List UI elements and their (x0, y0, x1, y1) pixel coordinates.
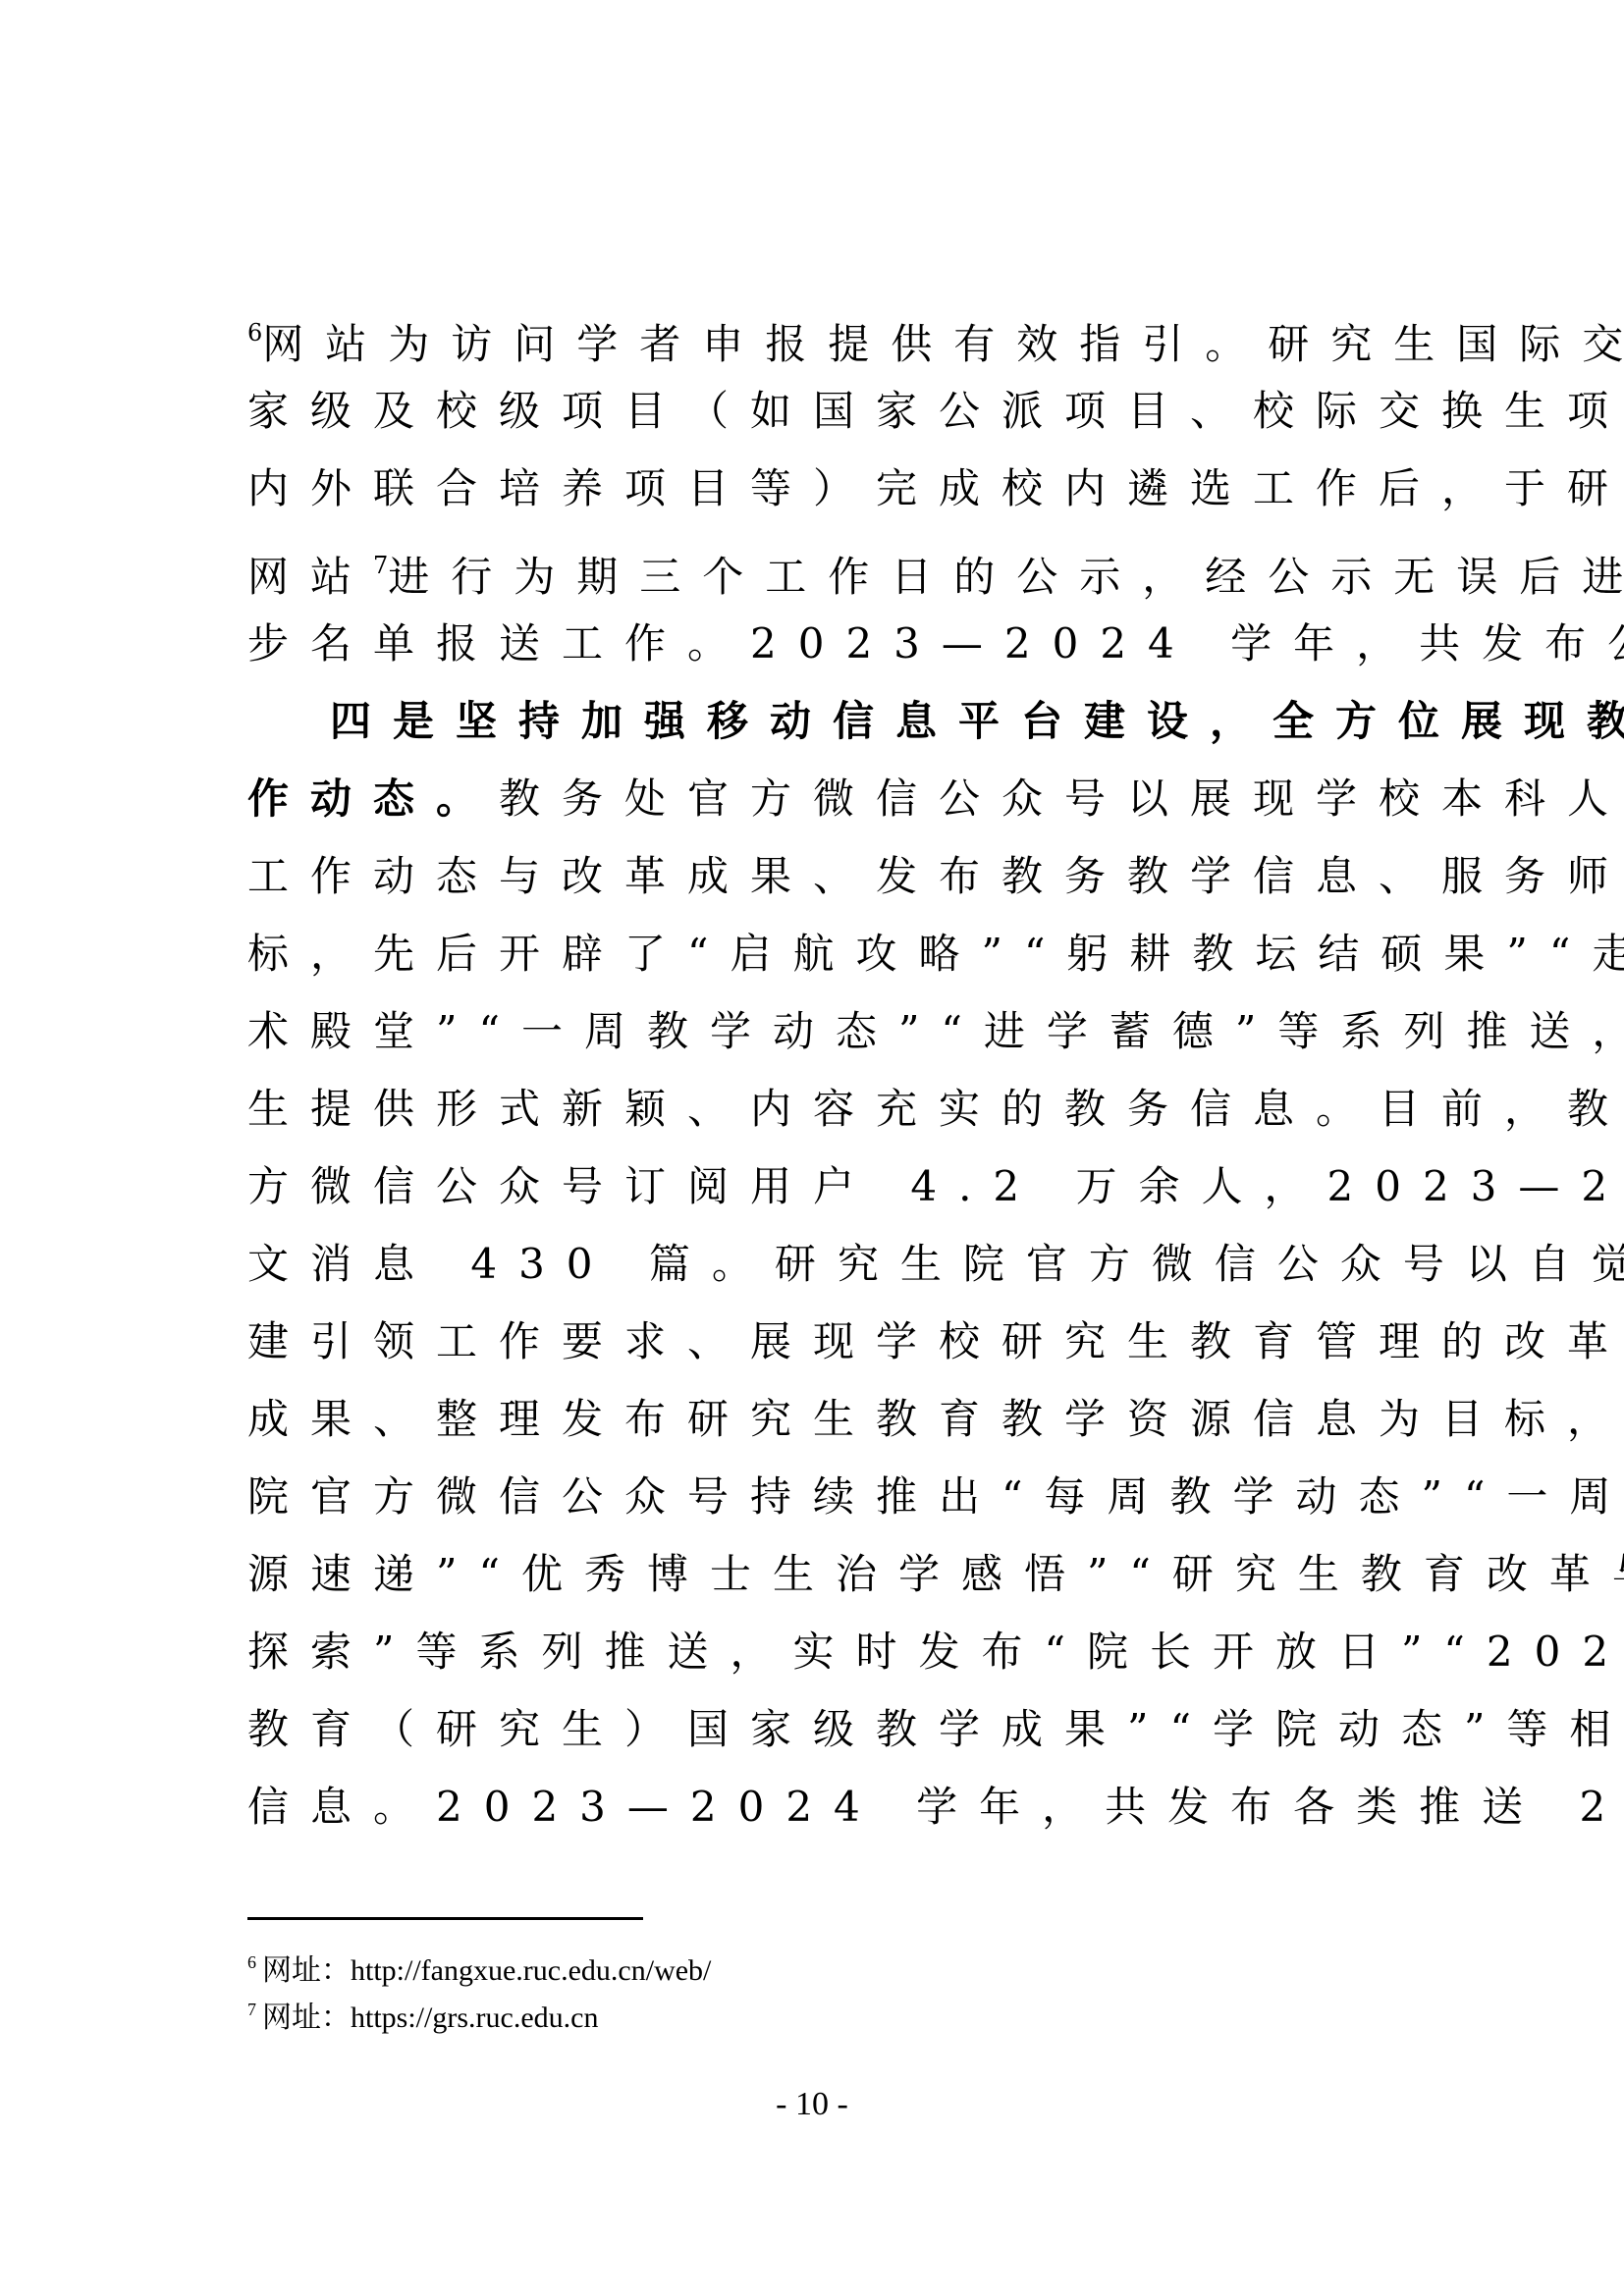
paragraph-line: 源速递”“优秀博士生治学感悟”“研究生教育改革与实践 (247, 1535, 1377, 1613)
paragraph-line: 6网站为访问学者申报提供有效指引。研究生国际交流类国 (247, 294, 1377, 372)
footnotes: 6网址：http://fangxue.ruc.edu.cn/web/ 7网址：h… (247, 1939, 711, 2033)
paragraph-line: 工作动态与改革成果、发布教务教学信息、服务师生为目 (247, 837, 1377, 915)
paragraph-line: 文消息 430 篇。研究生院官方微信公众号以自觉落实学校党 (247, 1225, 1377, 1303)
paragraph-line: 网站7进行为期三个工作日的公示，经公示无误后进行进一 (247, 527, 1377, 605)
footnote-link[interactable]: https://grs.ruc.edu.cn (351, 2002, 598, 2034)
footnote-number: 7 (247, 2000, 256, 2019)
footnote-ref-7[interactable]: 7 (373, 552, 388, 579)
footnote-number: 6 (247, 1952, 256, 1972)
page-number: - 10 - (0, 2086, 1624, 2123)
footnote-label: 网址： (262, 2001, 351, 2035)
footnote-label: 网址： (262, 1953, 351, 1988)
paragraph-line: 信息。2023—2024 学年，共发布各类推送 243 篇。 (247, 1768, 1377, 1845)
paragraph-line: 成果、整理发布研究生教育教学资源信息为目标，研究生 (247, 1380, 1377, 1458)
paragraph-line: 探索”等系列推送，实时发布“院长开放日”“2022 年高等 (247, 1613, 1377, 1690)
footnote-ref-6[interactable]: 6 (247, 319, 262, 347)
paragraph-line: 生提供形式新颖、内容充实的教务信息。目前，教务处官 (247, 1070, 1377, 1148)
paragraph-heading-line: 四是坚持加强移动信息平台建设，全方位展现教学工 (247, 682, 1377, 760)
paragraph-line: 教育（研究生）国家级教学成果”“学院动态”等相关活动 (247, 1690, 1377, 1768)
paragraph-line: 方微信公众号订阅用户 4.2 万余人，2023—2024 学年推送图 (247, 1148, 1377, 1225)
paragraph-line: 家级及校级项目（如国家公派项目、校际交换生项目、境 (247, 372, 1377, 450)
footnote-7: 7网址：https://grs.ruc.edu.cn (247, 1986, 711, 2033)
footnote-link[interactable]: http://fangxue.ruc.edu.cn/web/ (351, 1954, 711, 1987)
paragraph-line: 术殿堂”“一周教学动态”“进学蓄德”等系列推送，为师 (247, 992, 1377, 1070)
paragraph-line: 院官方微信公众号持续推出“每周教学动态”“一周学术资 (247, 1458, 1377, 1535)
body-text: 6网站为访问学者申报提供有效指引。研究生国际交流类国 家级及校级项目（如国家公派… (247, 294, 1377, 1845)
paragraph-line: 内外联合培养项目等）完成校内遴选工作后，于研究生院 (247, 450, 1377, 527)
paragraph-line: 作动态。教务处官方微信公众号以展现学校本科人才培养 (247, 760, 1377, 837)
paragraph-line: 建引领工作要求、展现学校研究生教育管理的改革与创新 (247, 1303, 1377, 1380)
paragraph-line: 标，先后开辟了“启航攻略”“躬耕教坛结硕果”“走进学 (247, 915, 1377, 992)
paragraph-line: 步名单报送工作。2023—2024 学年，共发布公示信息 19 则。 (247, 605, 1377, 682)
footnote-separator (247, 1917, 643, 1920)
footnote-6: 6网址：http://fangxue.ruc.edu.cn/web/ (247, 1939, 711, 1986)
document-page: 6网站为访问学者申报提供有效指引。研究生国际交流类国 家级及校级项目（如国家公派… (0, 0, 1624, 2296)
